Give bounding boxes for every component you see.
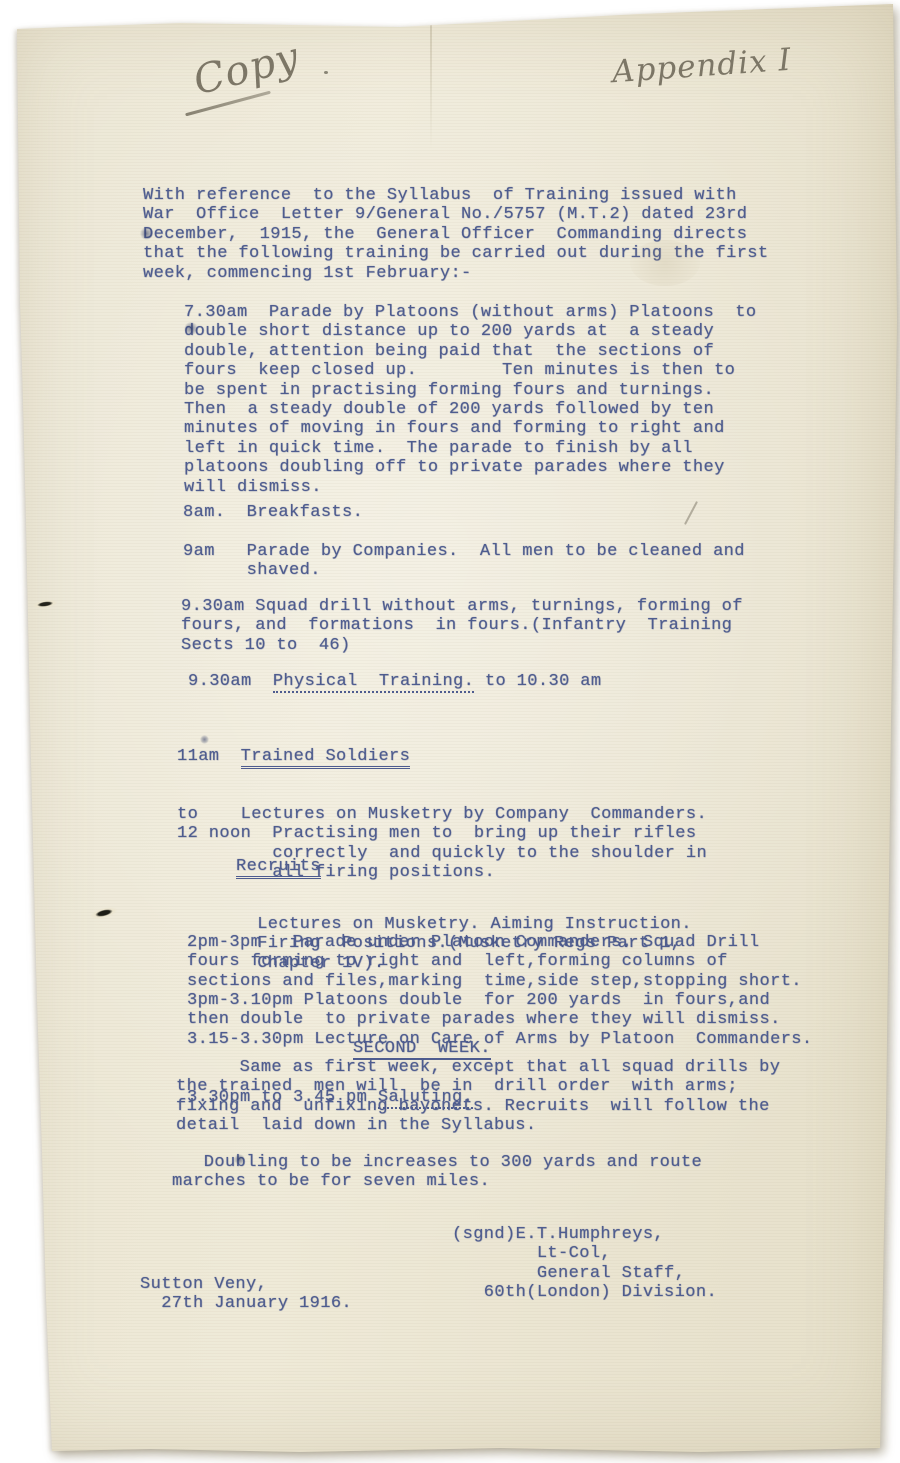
dateline-block: Sutton Veny, 27th January 1916. [140,1275,352,1314]
handwritten-appendix-annotation: Appendix I [611,42,793,90]
schedule-afternoon-body: 2pm-3pm Parade under Platoon Commanders.… [187,933,813,1049]
pt-time-label: 9.30am [188,672,273,691]
schedule-0730-paragraph: 7.30am Parade by Platoons (without arms)… [184,303,757,497]
punch-hole-top [27,590,64,617]
schedule-0900-paragraph: 9am Parade by Companies. All men to be c… [183,542,745,581]
ink-blot [234,1154,245,1165]
second-week-heading-line: SECOND WEEK. [353,1039,491,1058]
punch-hole-bottom [81,896,126,931]
trained-soldiers-heading-line: 11am Trained Soldiers [177,747,707,766]
paper-crease [430,20,432,150]
recruits-heading: Recruits [236,857,321,879]
pt-suffix: to 10.30 am [474,672,601,691]
handwritten-copy-annotation: Copy [189,34,304,104]
pencil-stray-mark [684,501,698,525]
paper-stain [630,240,700,286]
paper-speck [433,230,436,233]
schedule-0930-squad-paragraph: 9.30am Squad drill without arms, turning… [181,597,743,655]
ink-blot [200,735,209,744]
ink-blot [140,227,153,240]
schedule-0930-pt-line: 9.30am Physical Training. to 10.30 am [188,672,602,691]
schedule-1100-time: 11am [177,747,241,766]
second-week-heading: SECOND WEEK. [353,1039,491,1060]
recruits-heading-line: Recruits [236,857,692,876]
paper-speck [324,71,328,74]
second-week-paragraph: Same as first week, except that all squa… [176,1058,780,1136]
schedule-0800-line: 8am. Breakfasts. [183,503,363,522]
scanned-page-wrapper: Copy Appendix I With reference to the Sy… [0,0,900,1463]
signature-block: (sgnd)E.T.Humphreys, Lt-Col, General Sta… [452,1225,717,1303]
doubling-paragraph: Doubling to be increases to 300 yards an… [172,1153,702,1192]
pt-title: Physical Training. [273,672,474,693]
ink-blot [184,322,198,335]
trained-soldiers-heading: Trained Soldiers [241,747,411,769]
document-page: Copy Appendix I With reference to the Sy… [0,0,900,1463]
